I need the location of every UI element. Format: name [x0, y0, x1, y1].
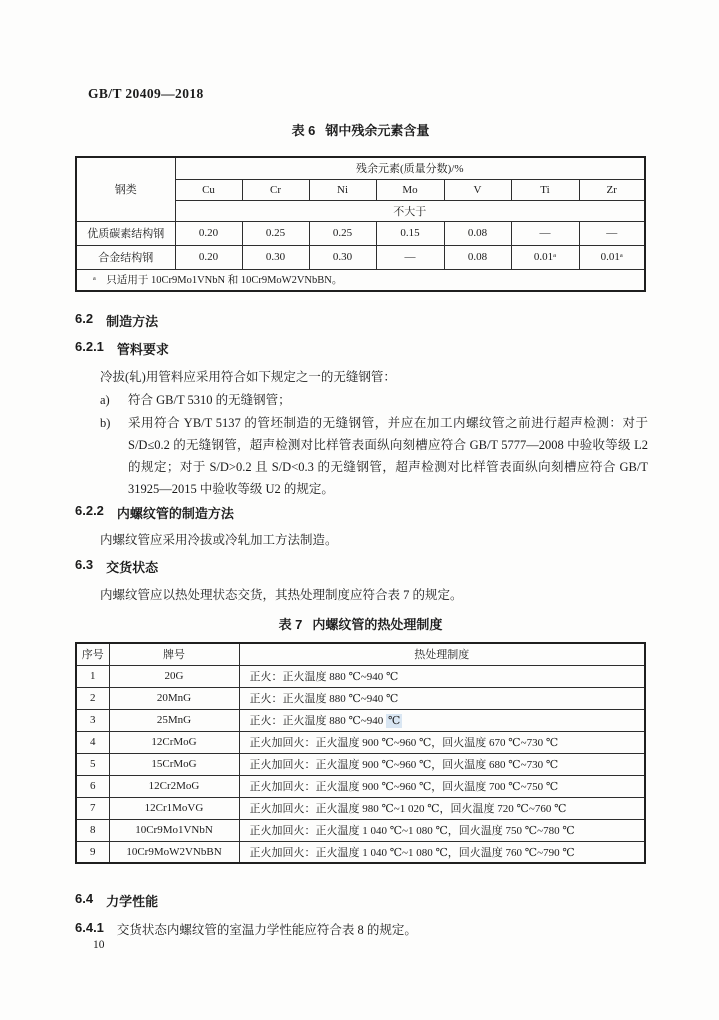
- table7-grade: 12Cr2MoG: [109, 775, 239, 797]
- table7-seq: 5: [76, 753, 109, 775]
- table7-treatment: 正火加回火：正火温度 900 ℃~960 ℃，回火温度 670 ℃~730 ℃: [239, 731, 645, 753]
- table7-grade: 20MnG: [109, 687, 239, 709]
- table7-grade: 10Cr9MoW2VNbBN: [109, 841, 239, 863]
- table7-grade: 25MnG: [109, 709, 239, 731]
- selection-highlight: ℃: [386, 714, 402, 728]
- table7-header-seq: 序号: [76, 643, 109, 665]
- table6-residual-elements: 钢类 残余元素(质量分数)/% Cu Cr Ni Mo V Ti Zr 不大于 …: [75, 156, 646, 292]
- table6-cell: 0.20: [175, 221, 242, 245]
- section-number: 6.2.1: [75, 339, 104, 358]
- section-number: 6.4: [75, 891, 93, 910]
- table6-header-steel-class: 钢类: [76, 157, 175, 221]
- table7-seq: 9: [76, 841, 109, 863]
- table6-cell: 0.30: [242, 245, 309, 269]
- table-row: 1 20G 正火：正火温度 880 ℃~940 ℃: [76, 665, 645, 687]
- table7-treatment: 正火：正火温度 880 ℃~940 ℃: [239, 687, 645, 709]
- table6-title-prefix: 表 6: [292, 123, 316, 138]
- table-row: 3 25MnG 正火：正火温度 880 ℃~940 ℃: [76, 709, 645, 731]
- table6-cell: —: [511, 221, 579, 245]
- table6-cell: 0.20: [175, 245, 242, 269]
- list-text-a: 符合 GB/T 5310 的无缝钢管；: [128, 389, 646, 411]
- table7-seq: 6: [76, 775, 109, 797]
- paragraph-6-3: 内螺纹管应以热处理状态交货，其热处理制度应符合表 7 的规定。: [100, 584, 646, 606]
- section-6-2-heading: 6.2 制造方法: [75, 311, 158, 330]
- table6-title-text: 钢中残余元素含量: [325, 123, 429, 138]
- table7-grade: 15CrMoG: [109, 753, 239, 775]
- section-title: 内螺纹管的制造方法: [117, 503, 234, 522]
- table-row: 6 12Cr2MoG 正火加回火：正火温度 900 ℃~960 ℃，回火温度 7…: [76, 775, 645, 797]
- table6-cell: 0.08: [444, 221, 511, 245]
- section-number: 6.4.1: [75, 920, 104, 938]
- table6-cell: —: [376, 245, 444, 269]
- table6-cell: 0.25: [242, 221, 309, 245]
- section-6-2-2-heading: 6.2.2 内螺纹管的制造方法: [75, 503, 234, 522]
- section-6-4-1-line: 6.4.1 交货状态内螺纹管的室温力学性能应符合表 8 的规定。: [75, 920, 417, 938]
- table-row: 5 15CrMoG 正火加回火：正火温度 900 ℃~960 ℃，回火温度 68…: [76, 753, 645, 775]
- list-marker-a: a): [100, 389, 128, 411]
- table6-cell: 0.25: [309, 221, 376, 245]
- table6-col-zr: Zr: [579, 179, 645, 200]
- table7-seq: 7: [76, 797, 109, 819]
- table6-cell: 0.08: [444, 245, 511, 269]
- table7-treatment: 正火加回火：正火温度 1 040 ℃~1 080 ℃，回火温度 760 ℃~79…: [239, 841, 645, 863]
- list-item-a: a) 符合 GB/T 5310 的无缝钢管；: [100, 389, 646, 411]
- section-6-3-heading: 6.3 交货状态: [75, 557, 158, 576]
- table6-row1-name: 优质碳素结构钢: [76, 221, 175, 245]
- table7-header-grade: 牌号: [109, 643, 239, 665]
- table6-cell: —: [579, 221, 645, 245]
- table-row: 8 10Cr9Mo1VNbN 正火加回火：正火温度 1 040 ℃~1 080 …: [76, 819, 645, 841]
- table7-grade: 10Cr9Mo1VNbN: [109, 819, 239, 841]
- section-title: 制造方法: [106, 311, 158, 330]
- table7-seq: 8: [76, 819, 109, 841]
- table7-treatment-text: 正火：正火温度 880 ℃~940: [250, 715, 387, 727]
- table7-treatment: 正火：正火温度 880 ℃~940 ℃: [239, 665, 645, 687]
- table6-col-mo: Mo: [376, 179, 444, 200]
- table7-treatment: 正火加回火：正火温度 900 ℃~960 ℃，回火温度 700 ℃~750 ℃: [239, 775, 645, 797]
- table7-grade: 20G: [109, 665, 239, 687]
- table6-row2-name: 合金结构钢: [76, 245, 175, 269]
- table6-cell: 0.01ᵃ: [579, 245, 645, 269]
- table6-cell: 0.15: [376, 221, 444, 245]
- table7-title: 表 7内螺纹管的热处理制度: [75, 614, 646, 633]
- table7-treatment: 正火：正火温度 880 ℃~940 ℃: [239, 709, 645, 731]
- list-item-b: b) 采用符合 YB/T 5137 的管坯制造的无缝钢管，并应在加工内螺纹管之前…: [100, 412, 648, 500]
- list-marker-b: b): [100, 412, 128, 500]
- table7-title-text: 内螺纹管的热处理制度: [312, 617, 442, 632]
- table7-heat-treatment: 序号 牌号 热处理制度 1 20G 正火：正火温度 880 ℃~940 ℃ 2 …: [75, 642, 646, 864]
- section-title: 力学性能: [106, 891, 158, 910]
- doc-code: GB/T 20409—2018: [88, 86, 204, 102]
- document-page: GB/T 20409—2018 表 6钢中残余元素含量 钢类 残余元素(质量分数…: [0, 0, 719, 1020]
- table7-treatment: 正火加回火：正火温度 980 ℃~1 020 ℃，回火温度 720 ℃~760 …: [239, 797, 645, 819]
- table7-treatment: 正火加回火：正火温度 900 ℃~960 ℃，回火温度 680 ℃~730 ℃: [239, 753, 645, 775]
- section-number: 6.2.2: [75, 503, 104, 522]
- table7-grade: 12Cr1MoVG: [109, 797, 239, 819]
- table-row: 优质碳素结构钢 0.20 0.25 0.25 0.15 0.08 — —: [76, 221, 645, 245]
- table6-col-ti: Ti: [511, 179, 579, 200]
- table6-col-v: V: [444, 179, 511, 200]
- table6-header-limit: 不大于: [175, 200, 645, 221]
- table-row: 2 20MnG 正火：正火温度 880 ℃~940 ℃: [76, 687, 645, 709]
- table7-header-treatment: 热处理制度: [239, 643, 645, 665]
- table-row: 9 10Cr9MoW2VNbBN 正火加回火：正火温度 1 040 ℃~1 08…: [76, 841, 645, 863]
- section-body: 交货状态内螺纹管的室温力学性能应符合表 8 的规定。: [117, 920, 417, 938]
- table6-header-group: 残余元素(质量分数)/%: [175, 157, 645, 179]
- table7-grade: 12CrMoG: [109, 731, 239, 753]
- table6-col-cu: Cu: [175, 179, 242, 200]
- list-text-b: 采用符合 YB/T 5137 的管坯制造的无缝钢管，并应在加工内螺纹管之前进行超…: [128, 412, 648, 500]
- section-number: 6.2: [75, 311, 93, 330]
- table7-treatment: 正火加回火：正火温度 1 040 ℃~1 080 ℃，回火温度 750 ℃~78…: [239, 819, 645, 841]
- section-title: 交货状态: [106, 557, 158, 576]
- paragraph-6-2-2: 内螺纹管应采用冷拔或冷轧加工方法制造。: [100, 529, 646, 551]
- table6-col-cr: Cr: [242, 179, 309, 200]
- table7-seq: 1: [76, 665, 109, 687]
- table-row: 4 12CrMoG 正火加回火：正火温度 900 ℃~960 ℃，回火温度 67…: [76, 731, 645, 753]
- table6-title: 表 6钢中残余元素含量: [75, 120, 646, 139]
- table6-footnote: ᵃ 只适用于 10Cr9Mo1VNbN 和 10Cr9MoW2VNbBN。: [76, 269, 645, 291]
- section-number: 6.3: [75, 557, 93, 576]
- table7-title-prefix: 表 7: [279, 617, 303, 632]
- page-number: 10: [93, 939, 105, 951]
- table-row: 7 12Cr1MoVG 正火加回火：正火温度 980 ℃~1 020 ℃，回火温…: [76, 797, 645, 819]
- table6-cell: 0.01ᵃ: [511, 245, 579, 269]
- table6-col-ni: Ni: [309, 179, 376, 200]
- section-6-4-heading: 6.4 力学性能: [75, 891, 158, 910]
- table6-cell: 0.30: [309, 245, 376, 269]
- table-row: 合金结构钢 0.20 0.30 0.30 — 0.08 0.01ᵃ 0.01ᵃ: [76, 245, 645, 269]
- table7-seq: 4: [76, 731, 109, 753]
- table7-seq: 3: [76, 709, 109, 731]
- paragraph-6-2-1-intro: 冷拔(轧)用管料应采用符合如下规定之一的无缝钢管：: [100, 366, 646, 388]
- section-title: 管料要求: [117, 339, 169, 358]
- section-6-2-1-heading: 6.2.1 管料要求: [75, 339, 169, 358]
- table7-seq: 2: [76, 687, 109, 709]
